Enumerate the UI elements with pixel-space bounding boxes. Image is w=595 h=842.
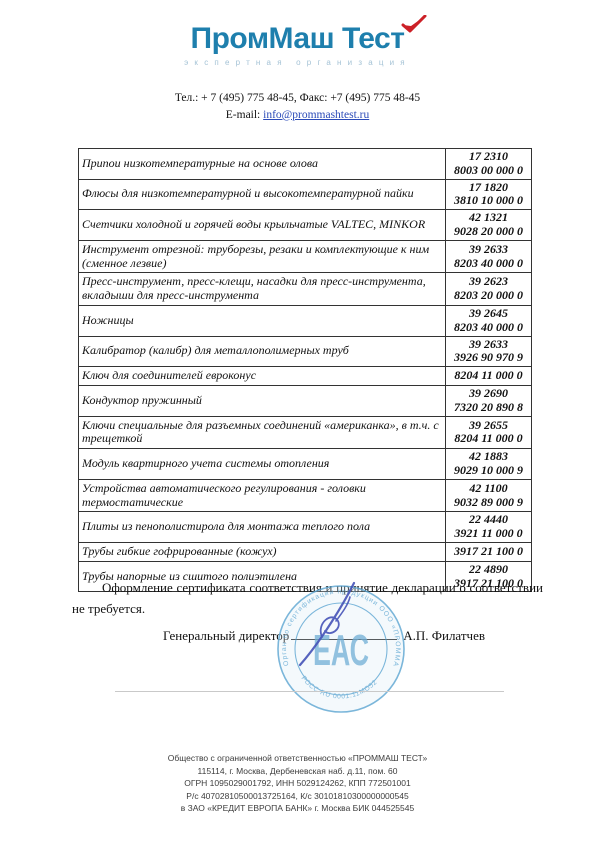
code-line: 39 2655 xyxy=(448,419,529,433)
product-codes-cell: 39 26907320 20 890 8 xyxy=(446,385,532,416)
product-name-cell: Калибратор (калибр) для металлополимерны… xyxy=(79,336,446,367)
product-name-cell: Флюсы для низкотемпературной и высокотем… xyxy=(79,179,446,210)
product-name-cell: Пресс-инструмент, пресс-клещи, насадки д… xyxy=(79,273,446,306)
product-codes-cell: 42 13219028 20 000 0 xyxy=(446,210,532,241)
product-name-cell: Плиты из пенополистирола для монтажа теп… xyxy=(79,512,446,543)
company-logo: ПромМаш Тест экспертная организация xyxy=(184,22,411,67)
code-line: 3921 11 000 0 xyxy=(448,527,529,541)
table-row: Флюсы для низкотемпературной и высокотем… xyxy=(79,179,532,210)
table-row: Ключ для соединителей евроконус 8204 11 … xyxy=(79,367,532,386)
code-line: 39 2633 xyxy=(448,338,529,352)
product-codes-cell: 17 23108003 00 000 0 xyxy=(446,149,532,180)
code-line: 9029 10 000 9 xyxy=(448,464,529,478)
product-table: Припои низкотемпературные на основе олов… xyxy=(78,148,532,592)
table-row: Инструмент отрезной: труборезы, резаки и… xyxy=(79,240,532,273)
code-line: 3917 21 100 0 xyxy=(448,545,529,559)
table-row: Калибратор (калибр) для металлополимерны… xyxy=(79,336,532,367)
code-line: 7320 20 890 8 xyxy=(448,401,529,415)
email-link[interactable]: info@prommashtest.ru xyxy=(263,109,369,121)
table-row: Ножницы 39 26458203 40 000 0 xyxy=(79,305,532,336)
table-row: Кондуктор пружинный 39 26907320 20 890 8 xyxy=(79,385,532,416)
code-line: 8003 00 000 0 xyxy=(448,164,529,178)
product-name-cell: Инструмент отрезной: труборезы, резаки и… xyxy=(79,240,446,273)
product-name-cell: Ключи специальные для разъемных соединен… xyxy=(79,416,446,449)
code-line: 22 4890 xyxy=(448,563,529,577)
product-codes-cell: 22 44403921 11 000 0 xyxy=(446,512,532,543)
code-line: 42 1100 xyxy=(448,482,529,496)
table-row: Устройства автоматического регулирования… xyxy=(79,479,532,512)
product-name-cell: Счетчики холодной и горячей воды крыльча… xyxy=(79,210,446,241)
brand-tagline: экспертная организация xyxy=(184,58,411,67)
footer-line: Общество с ограниченной ответственностью… xyxy=(0,752,595,765)
product-name-cell: Ключ для соединителей евроконус xyxy=(79,367,446,386)
product-codes-cell: 17 18203810 10 000 0 xyxy=(446,179,532,210)
table-row: Пресс-инструмент, пресс-клещи, насадки д… xyxy=(79,273,532,306)
table-row: Модуль квартирного учета системы отоплен… xyxy=(79,449,532,480)
code-line: 39 2645 xyxy=(448,307,529,321)
code-line: 8203 40 000 0 xyxy=(448,321,529,335)
contact-phone-line: Тел.: + 7 (495) 775 48-45, Факс: +7 (495… xyxy=(0,90,595,107)
contact-block: Тел.: + 7 (495) 775 48-45, Факс: +7 (495… xyxy=(0,90,595,123)
code-line: 8204 11 000 0 xyxy=(448,369,529,383)
table-row: Счетчики холодной и горячей воды крыльча… xyxy=(79,210,532,241)
product-codes-cell: 39 26558204 11 000 0 xyxy=(446,416,532,449)
footer-line: ОГРН 1095029001792, ИНН 5029124262, КПП … xyxy=(0,777,595,790)
footer: Общество с ограниченной ответственностью… xyxy=(0,752,595,815)
table-row: Плиты из пенополистирола для монтажа теп… xyxy=(79,512,532,543)
code-line: 39 2633 xyxy=(448,243,529,257)
code-line: 9028 20 000 0 xyxy=(448,225,529,239)
product-name-cell: Кондуктор пружинный xyxy=(79,385,446,416)
code-line: 42 1883 xyxy=(448,450,529,464)
signature-stroke xyxy=(292,575,382,680)
product-name-cell: Трубы гибкие гофрированные (кожух) xyxy=(79,542,446,561)
signature-name: А.П. Филатчев xyxy=(403,628,485,644)
code-line: 9032 89 000 9 xyxy=(448,496,529,510)
code-line: 42 1321 xyxy=(448,211,529,225)
signature-role: Генеральный директор xyxy=(163,628,289,644)
contact-email-line: E-mail: info@prommashtest.ru xyxy=(0,107,595,124)
footer-line: Р/с 40702810500013725164, К/с 3010181030… xyxy=(0,790,595,803)
code-line: 8204 11 000 0 xyxy=(448,432,529,446)
code-line: 8203 20 000 0 xyxy=(448,289,529,303)
brand-checkmark-icon xyxy=(401,15,427,35)
product-codes-cell: 39 26238203 20 000 0 xyxy=(446,273,532,306)
code-line: 3926 90 970 9 xyxy=(448,351,529,365)
code-line: 8203 40 000 0 xyxy=(448,257,529,271)
product-codes-cell: 8204 11 000 0 xyxy=(446,367,532,386)
code-line: 17 2310 xyxy=(448,150,529,164)
code-line: 3810 10 000 0 xyxy=(448,194,529,208)
code-line: 22 4440 xyxy=(448,513,529,527)
code-line: 17 1820 xyxy=(448,181,529,195)
product-name-cell: Припои низкотемпературные на основе олов… xyxy=(79,149,446,180)
footer-divider xyxy=(115,691,504,692)
code-line: 39 2690 xyxy=(448,387,529,401)
footer-line: 115114, г. Москва, Дербеневская наб. д.1… xyxy=(0,765,595,778)
product-codes-cell: 39 26333926 90 970 9 xyxy=(446,336,532,367)
email-label: E-mail: xyxy=(226,109,263,121)
product-name-cell: Ножницы xyxy=(79,305,446,336)
product-codes-cell: 39 26338203 40 000 0 xyxy=(446,240,532,273)
product-name-cell: Модуль квартирного учета системы отоплен… xyxy=(79,449,446,480)
product-codes-cell: 42 18839029 10 000 9 xyxy=(446,449,532,480)
brand-text: ПромМаш Тест xyxy=(191,22,405,55)
footer-line: в ЗАО «КРЕДИТ ЕВРОПА БАНК» г. Москва БИК… xyxy=(0,802,595,815)
code-line: 39 2623 xyxy=(448,275,529,289)
product-codes-cell: 3917 21 100 0 xyxy=(446,542,532,561)
header: ПромМаш Тест экспертная организация xyxy=(0,22,595,70)
product-name-cell: Устройства автоматического регулирования… xyxy=(79,479,446,512)
table-row: Припои низкотемпературные на основе олов… xyxy=(79,149,532,180)
product-table-body: Припои низкотемпературные на основе олов… xyxy=(79,149,532,592)
product-codes-cell: 39 26458203 40 000 0 xyxy=(446,305,532,336)
document-page: ПромМаш Тест экспертная организация Тел.… xyxy=(0,0,595,842)
table-row: Трубы гибкие гофрированные (кожух) 3917 … xyxy=(79,542,532,561)
product-codes-cell: 42 11009032 89 000 9 xyxy=(446,479,532,512)
table-row: Ключи специальные для разъемных соединен… xyxy=(79,416,532,449)
